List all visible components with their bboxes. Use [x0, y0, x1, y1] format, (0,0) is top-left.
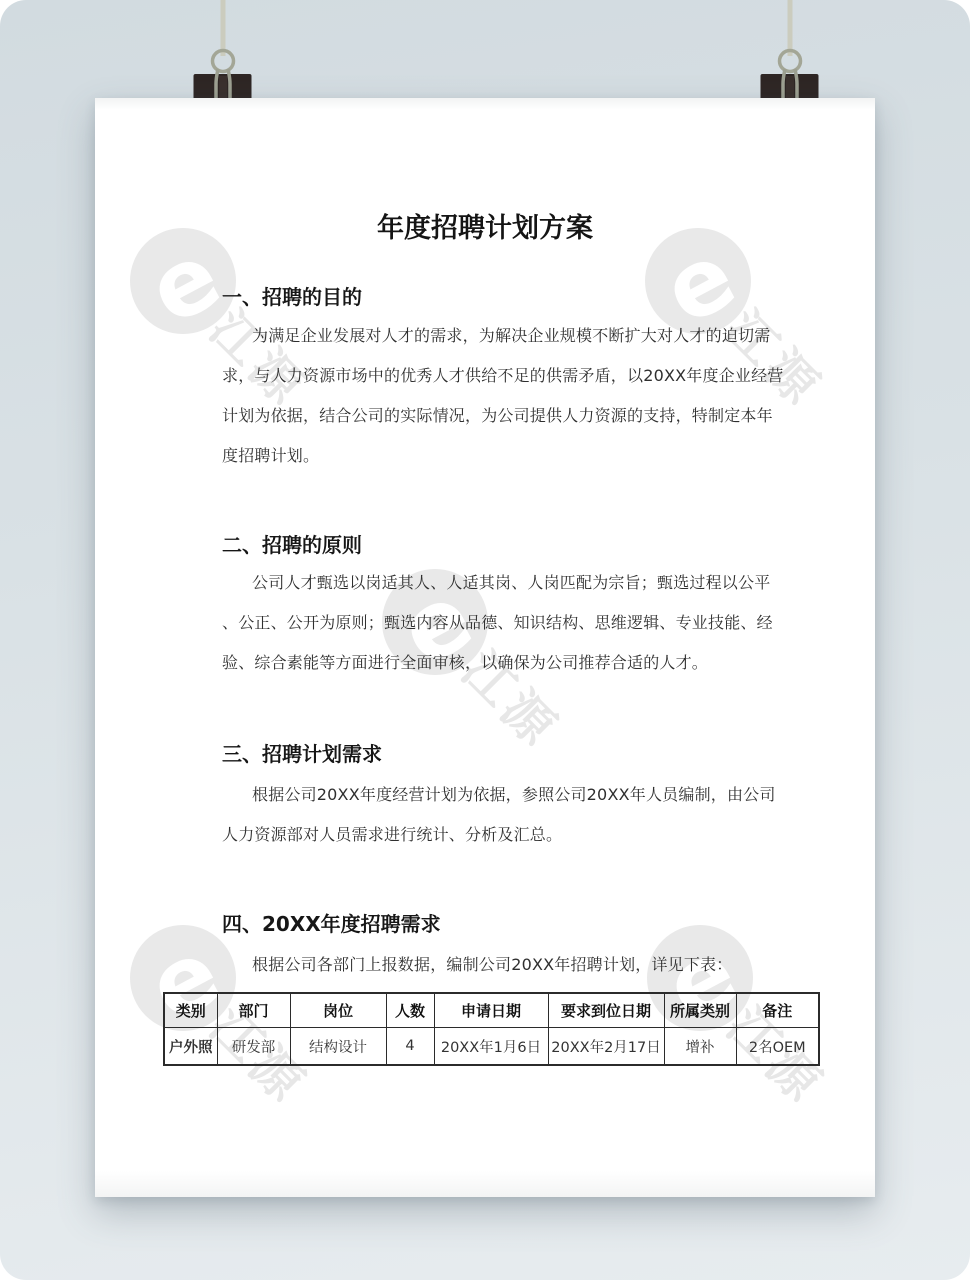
table-header-due-date: 要求到位日期: [548, 993, 664, 1028]
paragraph-line: 根据公司20XX年度经营计划为依据，参照公司20XX年人员编制，由公司: [222, 775, 776, 815]
table-header-position: 岗位: [290, 993, 386, 1028]
table-header-note: 备注: [736, 993, 819, 1028]
table-header-row: 类别 部门 岗位 人数 申请日期 要求到位日期 所属类别 备注: [164, 993, 819, 1028]
clip-string-left: [221, 0, 226, 56]
cell-type: 增补: [664, 1028, 736, 1066]
paragraph-line: 验、综合素能等方面进行全面审核，以确保为公司推荐合适的人才。: [222, 643, 773, 683]
cell-due-date: 20XX年2月17日: [548, 1028, 664, 1066]
table-header-type: 所属类别: [664, 993, 736, 1028]
table-header-category: 类别: [164, 993, 217, 1028]
section-heading-2: 二、招聘的原则: [222, 530, 362, 560]
document-page: e 江源 e 江源 e 江源 e 江源: [95, 98, 875, 1197]
section-heading-3: 三、招聘计划需求: [222, 739, 382, 769]
paragraph-line: 计划为依据，结合公司的实际情况，为公司提供人力资源的支持，特制定本年: [222, 396, 783, 436]
cell-apply-date: 20XX年1月6日: [434, 1028, 548, 1066]
paragraph-line: 根据公司各部门上报数据，编制公司20XX年招聘计划，详见下表：: [222, 945, 732, 985]
clip-string-right: [788, 0, 793, 56]
section-paragraph-4: 根据公司各部门上报数据，编制公司20XX年招聘计划，详见下表：: [222, 945, 732, 985]
paragraph-line: 人力资源部对人员需求进行统计、分析及汇总。: [222, 815, 776, 855]
section-heading-4: 四、20XX年度招聘需求: [222, 909, 441, 939]
cell-department: 研发部: [217, 1028, 290, 1066]
paragraph-line: 公司人才甄选以岗适其人、人适其岗、人岗匹配为宗旨；甄选过程以公平: [222, 563, 773, 603]
binder-clip-right-icon: [760, 0, 820, 112]
paragraph-line: 、公正、公开为原则；甄选内容从品德、知识结构、思维逻辑、专业技能、经: [222, 603, 773, 643]
cell-position: 结构设计: [290, 1028, 386, 1066]
paragraph-line: 求，与人力资源市场中的优秀人才供给不足的供需矛盾，以20XX年度企业经营: [222, 356, 783, 396]
table-row: 户外照 研发部 结构设计 4 20XX年1月6日 20XX年2月17日 增补 2…: [164, 1028, 819, 1066]
backdrop-card: e 江源 e 江源 e 江源 e 江源: [0, 0, 970, 1280]
cell-headcount: 4: [386, 1028, 434, 1066]
cell-category: 户外照: [164, 1028, 217, 1066]
binder-clip-left-icon: [193, 0, 253, 112]
document-title: 年度招聘计划方案: [95, 211, 875, 247]
section-heading-1: 一、招聘的目的: [222, 282, 362, 312]
table-header-apply-date: 申请日期: [434, 993, 548, 1028]
table-header-headcount: 人数: [386, 993, 434, 1028]
paragraph-line: 为满足企业发展对人才的需求，为解决企业规模不断扩大对人才的迫切需: [222, 316, 783, 356]
table-header-department: 部门: [217, 993, 290, 1028]
recruitment-table: 类别 部门 岗位 人数 申请日期 要求到位日期 所属类别 备注 户外照 研发部 …: [163, 992, 820, 1066]
section-paragraph-1: 为满足企业发展对人才的需求，为解决企业规模不断扩大对人才的迫切需求，与人力资源市…: [222, 316, 783, 476]
section-paragraph-3: 根据公司20XX年度经营计划为依据，参照公司20XX年人员编制，由公司人力资源部…: [222, 775, 776, 855]
cell-note: 2名OEM: [736, 1028, 819, 1066]
paragraph-line: 度招聘计划。: [222, 436, 783, 476]
section-paragraph-2: 公司人才甄选以岗适其人、人适其岗、人岗匹配为宗旨；甄选过程以公平、公正、公开为原…: [222, 563, 773, 683]
